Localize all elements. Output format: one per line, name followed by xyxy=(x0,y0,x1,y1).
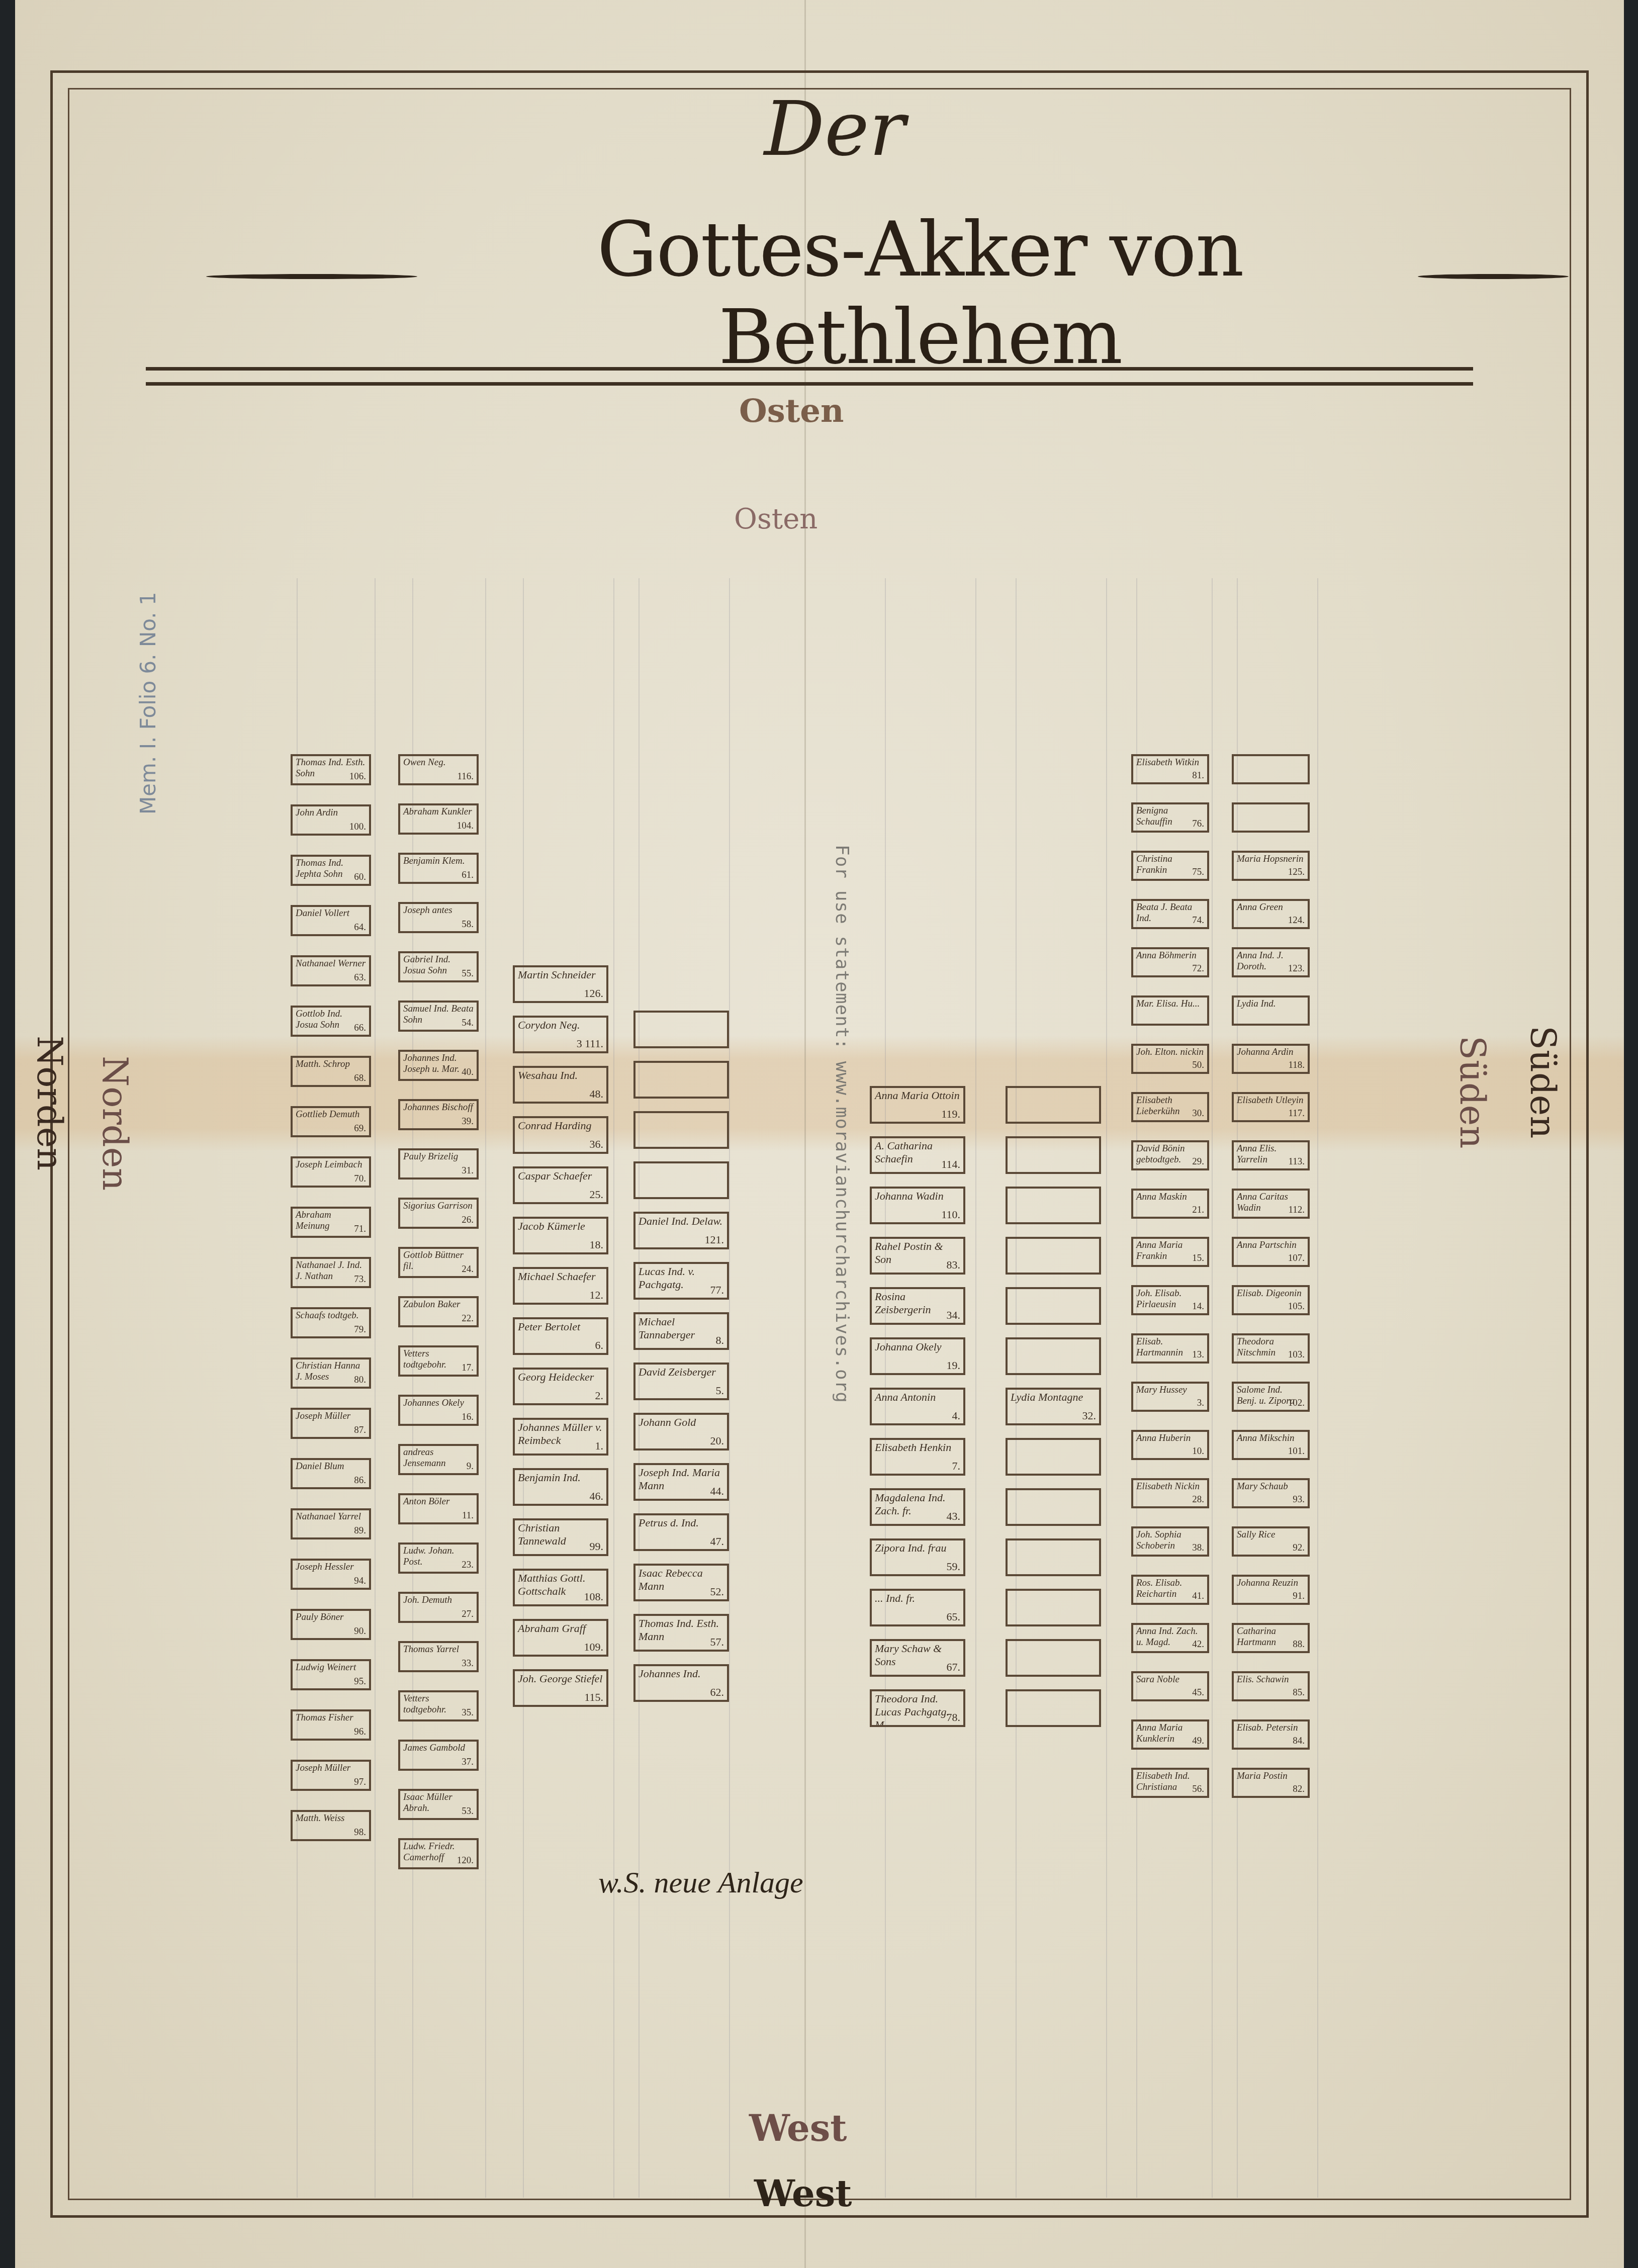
grave-number: 3. xyxy=(1197,1398,1204,1409)
grave-name: Anna Maria Ottoin xyxy=(875,1089,960,1102)
grave-number: 96. xyxy=(354,1727,366,1738)
grave-number: 100. xyxy=(349,822,366,833)
grave-name: Anna Huberin xyxy=(1136,1433,1204,1444)
grave-plot: Thomas Ind. Jephta Sohn60. xyxy=(291,855,371,886)
grave-number: 66. xyxy=(354,1023,366,1034)
grave-plot: Sally Rice92. xyxy=(1232,1526,1310,1557)
direction-east-label-2: Osten xyxy=(734,503,817,535)
grave-number: 56. xyxy=(1192,1784,1204,1795)
grave-name: Joh. Elton. nickin xyxy=(1136,1047,1204,1058)
grave-plot: Zabulon Baker22. xyxy=(398,1296,479,1327)
column-guide xyxy=(729,578,730,2198)
grave-plot: Isaac Müller Abrah.53. xyxy=(398,1789,479,1820)
grave-number: 13. xyxy=(1192,1349,1204,1360)
grave-plot-empty xyxy=(633,1111,729,1149)
grave-number: 53. xyxy=(462,1806,474,1817)
grave-plot: James Gambold37. xyxy=(398,1740,479,1771)
grave-number: 123. xyxy=(1288,963,1305,974)
grave-plot: Johannes Müller v. Reimbeck1. xyxy=(513,1418,608,1456)
grave-number: 126. xyxy=(584,987,604,1000)
grave-number: 21. xyxy=(1192,1205,1204,1216)
grave-plot: Anna Maria Frankin15. xyxy=(1131,1237,1209,1267)
grave-name: Maria Postin xyxy=(1237,1771,1305,1782)
grave-plot: Benjamin Ind.46. xyxy=(513,1468,608,1506)
grave-name: Elisabeth Henkin xyxy=(875,1441,960,1454)
grave-number: 120. xyxy=(457,1855,474,1866)
grave-number: 57. xyxy=(710,1636,724,1649)
grave-plot: Christina Frankin75. xyxy=(1131,851,1209,881)
grave-plot: Johanna Wadin110. xyxy=(870,1187,965,1224)
grave-name: ... Ind. fr. xyxy=(875,1592,960,1605)
grave-name: Wesahau Ind. xyxy=(518,1069,603,1082)
column-guide xyxy=(1212,578,1213,2198)
grave-plot: Michael Schaefer12. xyxy=(513,1267,608,1305)
grave-plot: Daniel Blum86. xyxy=(291,1458,371,1489)
direction-west-label: West xyxy=(749,2107,847,2149)
grave-plot: Lucas Ind. v. Pachgatg.77. xyxy=(633,1262,729,1300)
grave-plot: Joh. Elton. nickin50. xyxy=(1131,1044,1209,1074)
grave-number: 101. xyxy=(1288,1446,1305,1457)
grave-number: 68. xyxy=(354,1073,366,1084)
grave-plot: Magdalena Ind. Zach. fr.43. xyxy=(870,1488,965,1526)
grave-number: 7. xyxy=(952,1460,961,1473)
grave-plot-empty xyxy=(633,1161,729,1199)
grave-number: 116. xyxy=(457,771,474,782)
grave-plot: Nathanael Yarrel89. xyxy=(291,1508,371,1539)
grave-number: 18. xyxy=(590,1238,604,1251)
grave-plot: Christian Hanna J. Moses80. xyxy=(291,1357,371,1389)
grave-number: 40. xyxy=(462,1067,474,1078)
grave-number: 109. xyxy=(584,1641,604,1654)
grave-plot: Joh. Elisab. Pirlaeusin14. xyxy=(1131,1285,1209,1315)
grave-plot: Anna Ind. Zach. u. Magd.42. xyxy=(1131,1623,1209,1653)
grave-plot: Anton Böler11. xyxy=(398,1493,479,1524)
grave-plot: Nathanael J. Ind. J. Nathan73. xyxy=(291,1257,371,1288)
grave-plot-empty xyxy=(1006,1438,1101,1476)
grave-plot: Theodora Nitschmin103. xyxy=(1232,1333,1310,1364)
grave-number: 93. xyxy=(1293,1494,1305,1505)
grave-name: Michael Schaefer xyxy=(518,1270,603,1283)
grave-plot: Maria Hopsnerin125. xyxy=(1232,851,1310,881)
grave-number: 12. xyxy=(590,1289,604,1302)
grave-number: 52. xyxy=(710,1585,724,1598)
grave-name: Johannes Bischoff xyxy=(403,1102,474,1113)
grave-plot: Joseph Hessler94. xyxy=(291,1559,371,1590)
grave-number: 108. xyxy=(584,1590,604,1603)
grave-plot: Ludw. Friedr. Camerhoff120. xyxy=(398,1838,479,1869)
grave-name: Matth. Weiss xyxy=(296,1813,366,1824)
grave-plot: Matth. Weiss98. xyxy=(291,1810,371,1841)
grave-name: Joseph Leimbach xyxy=(296,1159,366,1170)
grave-plot: ... Ind. fr.65. xyxy=(870,1589,965,1626)
grave-plot: Elisabeth Lieberkühn30. xyxy=(1131,1092,1209,1122)
grave-name: John Ardin xyxy=(296,807,366,819)
grave-number: 119. xyxy=(941,1108,960,1121)
grave-name: Daniel Ind. Delaw. xyxy=(639,1215,724,1228)
grave-name: Daniel Vollert xyxy=(296,908,366,919)
grave-plot: Abraham Meinung71. xyxy=(291,1207,371,1238)
grave-name: Zabulon Baker xyxy=(403,1299,474,1310)
grave-plot: Gottlieb Demuth69. xyxy=(291,1106,371,1137)
manuscript-sheet: Der Gottes-Akker von Bethlehem Osten Ost… xyxy=(15,0,1624,2268)
grave-number: 9. xyxy=(467,1461,474,1472)
grave-plot: Joh. George Stiefel115. xyxy=(513,1669,608,1707)
grave-number: 15. xyxy=(1192,1253,1204,1264)
grave-plot: Johannes Okely16. xyxy=(398,1395,479,1426)
grave-plot: Elisab. Digeonin105. xyxy=(1232,1285,1310,1315)
grave-name: Georg Heidecker xyxy=(518,1371,603,1384)
grave-name: Joh. George Stiefel xyxy=(518,1672,603,1685)
grave-plot: Owen Neg.116. xyxy=(398,754,479,785)
grave-plot: Joseph Ind. Maria Mann44. xyxy=(633,1463,729,1501)
grave-plot: Schaafs todtgeb.79. xyxy=(291,1307,371,1338)
grave-plot-empty xyxy=(633,1011,729,1048)
grave-number: 75. xyxy=(1192,867,1204,878)
grave-plot: Benjamin Klem.61. xyxy=(398,853,479,884)
grave-name: Martin Schneider xyxy=(518,968,603,981)
grave-plot: John Ardin100. xyxy=(291,804,371,836)
grave-name: Elisabeth Nickin xyxy=(1136,1481,1204,1492)
grave-number: 22. xyxy=(462,1313,474,1324)
grave-name: Thomas Yarrel xyxy=(403,1644,474,1655)
grave-plot-empty xyxy=(1006,1136,1101,1174)
grave-number: 64. xyxy=(354,922,366,933)
grave-plot: Isaac Rebecca Mann52. xyxy=(633,1564,729,1601)
grave-number: 103. xyxy=(1288,1349,1305,1360)
grave-plot: Thomas Yarrel33. xyxy=(398,1641,479,1672)
grave-number: 42. xyxy=(1192,1639,1204,1650)
grave-number: 8. xyxy=(716,1334,724,1347)
grave-plot: Thomas Ind. Esth. Mann57. xyxy=(633,1614,729,1652)
grave-number: 23. xyxy=(462,1560,474,1571)
grave-plot: Elisab. Hartmannin13. xyxy=(1131,1333,1209,1364)
grave-number: 80. xyxy=(354,1375,366,1386)
grave-plot: Michael Tannaberger8. xyxy=(633,1312,729,1350)
grave-number: 72. xyxy=(1192,963,1204,974)
grave-plot: Martin Schneider126. xyxy=(513,965,608,1003)
grave-plot: Thomas Ind. Esth. Sohn106. xyxy=(291,754,371,785)
grave-number: 94. xyxy=(354,1576,366,1587)
grave-plot: Ludwig Weinert95. xyxy=(291,1659,371,1690)
grave-plot: Daniel Ind. Delaw.121. xyxy=(633,1212,729,1249)
grave-name: Joseph antes xyxy=(403,905,474,916)
grave-number: 17. xyxy=(462,1363,474,1374)
grave-plot: Daniel Vollert64. xyxy=(291,905,371,936)
grave-name: Maria Hopsnerin xyxy=(1237,854,1305,865)
grave-number: 36. xyxy=(590,1138,604,1151)
grave-number: 11. xyxy=(462,1510,474,1521)
grave-name: Elisabeth Witkin xyxy=(1136,757,1204,768)
grave-plot: Elis. Schawin85. xyxy=(1232,1671,1310,1701)
grave-number: 124. xyxy=(1288,915,1305,926)
grave-plot: Beata J. Beata Ind.74. xyxy=(1131,899,1209,929)
grave-number: 125. xyxy=(1288,867,1305,878)
grave-name: Lydia Montagne xyxy=(1011,1391,1096,1404)
grave-plot: Abraham Kunkler104. xyxy=(398,803,479,835)
grave-number: 38. xyxy=(1192,1543,1204,1554)
grave-plot: David Bönin gebtodtgeb.29. xyxy=(1131,1140,1209,1170)
grave-name: Zipora Ind. frau xyxy=(875,1541,960,1555)
grave-plot: Anna Mikschin101. xyxy=(1232,1430,1310,1460)
grave-number: 67. xyxy=(947,1661,961,1674)
grave-number: 33. xyxy=(462,1658,474,1669)
grave-number: 92. xyxy=(1293,1543,1305,1554)
grave-plot: Gottlob Ind. Josua Sohn66. xyxy=(291,1006,371,1037)
grave-name: Sigorius Garrison xyxy=(403,1201,474,1212)
right-flourish xyxy=(1418,274,1569,279)
grave-name: Daniel Blum xyxy=(296,1461,366,1472)
grave-number: 69. xyxy=(354,1123,366,1134)
grave-number: 99. xyxy=(590,1540,604,1553)
grave-plot: Elisab. Petersin84. xyxy=(1232,1719,1310,1750)
grave-plot: Peter Bertolet6. xyxy=(513,1317,608,1355)
grave-name: Lydia Ind. xyxy=(1237,999,1305,1010)
grave-name: Johanna Okely xyxy=(875,1340,960,1353)
grave-plot: Pauly Brizelig31. xyxy=(398,1148,479,1180)
grave-plot: Maria Postin82. xyxy=(1232,1768,1310,1798)
grave-name: Gottlieb Demuth xyxy=(296,1109,366,1120)
grave-name: andreas Jensemann xyxy=(403,1447,474,1469)
direction-north-label-2: Norden xyxy=(95,1056,136,1191)
grave-number: 110. xyxy=(941,1208,960,1221)
grave-number: 47. xyxy=(710,1535,724,1548)
grave-number: 37. xyxy=(462,1757,474,1768)
grave-number: 106. xyxy=(349,771,366,782)
grave-plot: Anna Böhmerin72. xyxy=(1131,947,1209,977)
grave-plot-empty xyxy=(1006,1689,1101,1727)
grave-number: 30. xyxy=(1192,1108,1204,1119)
grave-name: Thomas Fisher xyxy=(296,1712,366,1723)
grave-plot: Jacob Kümerle18. xyxy=(513,1217,608,1254)
grave-plot: Catharina Hartmann88. xyxy=(1232,1623,1310,1653)
grave-name: Benjamin Klem. xyxy=(403,856,474,867)
grave-plot: Mary Schaub93. xyxy=(1232,1478,1310,1508)
grave-plot: Vetters todtgebohr.17. xyxy=(398,1345,479,1377)
grave-number: 82. xyxy=(1293,1784,1305,1795)
grave-plot-empty xyxy=(1006,1538,1101,1576)
grave-number: 81. xyxy=(1192,770,1204,781)
grave-number: 49. xyxy=(1192,1736,1204,1747)
grave-number: 87. xyxy=(354,1425,366,1436)
grave-number: 26. xyxy=(462,1215,474,1226)
grave-number: 104. xyxy=(457,821,474,832)
grave-plot: Pauly Böner90. xyxy=(291,1609,371,1640)
column-guide xyxy=(613,578,614,2198)
grave-number: 41. xyxy=(1192,1591,1204,1602)
grave-number: 74. xyxy=(1192,915,1204,926)
grave-number: 45. xyxy=(1192,1687,1204,1698)
grave-plot-empty xyxy=(1232,754,1310,784)
grave-plot: Sigorius Garrison26. xyxy=(398,1198,479,1229)
grave-number: 118. xyxy=(1288,1060,1305,1071)
grave-plot: Anna Huberin10. xyxy=(1131,1430,1209,1460)
bottom-annotation: w.S. neue Anlage xyxy=(598,1865,803,1900)
grave-name: Joseph Müller xyxy=(296,1763,366,1774)
grave-plot: Georg Heidecker2. xyxy=(513,1368,608,1405)
grave-number: 117. xyxy=(1288,1108,1305,1119)
grave-name: Sally Rice xyxy=(1237,1529,1305,1540)
grave-plot: Ros. Elisab. Reichartin41. xyxy=(1131,1575,1209,1605)
grave-number: 3 111. xyxy=(577,1037,603,1050)
title-rule-top xyxy=(146,367,1473,371)
grave-number: 55. xyxy=(462,968,474,979)
grave-number: 90. xyxy=(354,1626,366,1637)
grave-plot: Theodora Ind. Lucas Pachgatg. M.78. xyxy=(870,1689,965,1727)
grave-name: Petrus d. Ind. xyxy=(639,1516,724,1529)
grave-plot: Anna Caritas Wadin112. xyxy=(1232,1189,1310,1219)
archive-watermark: For use statement: www.moravianchurcharc… xyxy=(832,845,852,1403)
grave-name: Jacob Kümerle xyxy=(518,1220,603,1233)
grave-name: Johannes Okely xyxy=(403,1398,474,1409)
grave-number: 16. xyxy=(462,1412,474,1423)
grave-number: 62. xyxy=(710,1686,724,1699)
grave-plot: Anna Maria Kunklerin49. xyxy=(1131,1719,1209,1750)
grave-plot: Joh. Sophia Schoberin38. xyxy=(1131,1526,1209,1557)
grave-plot: Salome Ind. Benj. u. Zipora102. xyxy=(1232,1382,1310,1412)
grave-plot: Joseph Müller87. xyxy=(291,1408,371,1439)
grave-plot: Zipora Ind. frau59. xyxy=(870,1538,965,1576)
grave-number: 5. xyxy=(716,1384,724,1397)
grave-name: Elisab. Petersin xyxy=(1237,1722,1305,1734)
grave-number: 86. xyxy=(354,1475,366,1486)
grave-plot: Abraham Graff109. xyxy=(513,1619,608,1657)
grave-plot-empty xyxy=(1006,1337,1101,1375)
grave-plot: Elisabeth Henkin7. xyxy=(870,1438,965,1476)
grave-plot: Johanna Okely19. xyxy=(870,1337,965,1375)
grave-number: 59. xyxy=(947,1560,961,1573)
grave-number: 14. xyxy=(1192,1301,1204,1312)
grave-name: Mar. Elisa. Hu... xyxy=(1136,999,1204,1010)
grave-name: Johannes Müller v. Reimbeck xyxy=(518,1421,603,1447)
grave-number: 114. xyxy=(941,1158,960,1171)
grave-plot: Johanna Ardin118. xyxy=(1232,1044,1310,1074)
grave-plot: Anna Elis. Yarrelin113. xyxy=(1232,1140,1310,1170)
grave-name: Johannes Ind. xyxy=(639,1667,724,1680)
grave-number: 88. xyxy=(1293,1639,1305,1650)
grave-plot: Johann Gold20. xyxy=(633,1413,729,1450)
left-flourish xyxy=(206,274,417,279)
grave-name: Owen Neg. xyxy=(403,757,474,768)
page-title: Gottes-Akker von Bethlehem xyxy=(442,206,1398,381)
grave-name: Nathanael Yarrel xyxy=(296,1511,366,1522)
grave-number: 34. xyxy=(947,1309,961,1322)
grave-number: 76. xyxy=(1192,819,1204,830)
grave-name: Joseph Hessler xyxy=(296,1562,366,1573)
grave-number: 84. xyxy=(1293,1736,1305,1747)
grave-name: Joh. Demuth xyxy=(403,1595,474,1606)
grave-plot: Johannes Bischoff39. xyxy=(398,1099,479,1130)
grave-plot-empty xyxy=(1006,1237,1101,1275)
column-guide xyxy=(485,578,486,2198)
grave-number: 77. xyxy=(710,1284,724,1297)
grave-plot: andreas Jensemann9. xyxy=(398,1444,479,1475)
grave-name: Johanna Reuzin xyxy=(1237,1578,1305,1589)
grave-number: 63. xyxy=(354,972,366,983)
grave-number: 35. xyxy=(462,1707,474,1718)
grave-number: 2. xyxy=(595,1389,604,1402)
grave-name: Mary Schaub xyxy=(1237,1481,1305,1492)
grave-name: James Gambold xyxy=(403,1743,474,1754)
grave-name: Peter Bertolet xyxy=(518,1320,603,1333)
grave-name: Johanna Ardin xyxy=(1237,1047,1305,1058)
grave-number: 98. xyxy=(354,1827,366,1838)
grave-number: 6. xyxy=(595,1339,604,1352)
grave-number: 83. xyxy=(947,1258,961,1272)
grave-plot: Conrad Harding36. xyxy=(513,1116,608,1154)
grave-plot: Anna Green124. xyxy=(1232,899,1310,929)
grave-number: 65. xyxy=(947,1610,961,1623)
grave-plot: Rosina Zeisbergerin34. xyxy=(870,1287,965,1325)
grave-number: 27. xyxy=(462,1609,474,1620)
grave-number: 105. xyxy=(1288,1301,1305,1312)
grave-plot: Anna Partschin107. xyxy=(1232,1237,1310,1267)
grave-name: Nathanael Werner xyxy=(296,958,366,969)
grave-number: 112. xyxy=(1288,1205,1305,1216)
grave-number: 43. xyxy=(947,1510,961,1523)
grave-number: 95. xyxy=(354,1676,366,1687)
grave-name: Johann Gold xyxy=(639,1416,724,1429)
grave-plot: Thomas Fisher96. xyxy=(291,1709,371,1741)
grave-name: Michael Tannaberger xyxy=(639,1315,724,1341)
grave-plot: Matth. Schrop68. xyxy=(291,1056,371,1087)
grave-name: Anna Maskin xyxy=(1136,1192,1204,1203)
grave-name: Abraham Graff xyxy=(518,1622,603,1635)
grave-number: 78. xyxy=(947,1711,961,1724)
grave-plot: Johannes Ind. Joseph u. Mar.40. xyxy=(398,1050,479,1081)
grave-number: 91. xyxy=(1293,1591,1305,1602)
grave-name: Anton Böler xyxy=(403,1496,474,1507)
grave-number: 19. xyxy=(947,1359,961,1372)
grave-plot-empty xyxy=(1232,802,1310,833)
grave-plot: Joseph Müller97. xyxy=(291,1760,371,1791)
grave-name: Ludwig Weinert xyxy=(296,1662,366,1673)
direction-north-label: Norden xyxy=(29,1036,70,1170)
grave-number: 24. xyxy=(462,1264,474,1275)
grave-plot: Johannes Ind.62. xyxy=(633,1664,729,1702)
grave-plot: Matthias Gottl. Gottschalk108. xyxy=(513,1569,608,1606)
grave-name: Corydon Neg. xyxy=(518,1019,603,1032)
grave-plot: Petrus d. Ind.47. xyxy=(633,1513,729,1551)
grave-number: 102. xyxy=(1288,1398,1305,1409)
grave-number: 4. xyxy=(952,1409,961,1422)
grave-number: 61. xyxy=(462,870,474,881)
grave-plot: A. Catharina Schaefin114. xyxy=(870,1136,965,1174)
grave-name: Conrad Harding xyxy=(518,1119,603,1132)
grave-number: 28. xyxy=(1192,1494,1204,1505)
grave-number: 31. xyxy=(462,1165,474,1176)
grave-plot: Elisabeth Nickin28. xyxy=(1131,1478,1209,1508)
grave-plot: Elisabeth Utleyin117. xyxy=(1232,1092,1310,1122)
grave-name: Elisab. Digeonin xyxy=(1237,1288,1305,1299)
grave-plot: Gottlob Büttner fil.24. xyxy=(398,1247,479,1278)
grave-plot: Anna Ind. J. Doroth.123. xyxy=(1232,947,1310,977)
grave-plot: Mary Schaw & Sons67. xyxy=(870,1639,965,1677)
grave-plot-empty xyxy=(1006,1488,1101,1526)
grave-name: Caspar Schaefer xyxy=(518,1169,603,1183)
grave-plot-empty xyxy=(1006,1589,1101,1626)
grave-plot: Christian Tannewald99. xyxy=(513,1518,608,1556)
grave-name: Mary Hussey xyxy=(1136,1385,1204,1396)
grave-plot: Benigna Schauffin76. xyxy=(1131,802,1209,833)
grave-plot: Joseph Leimbach70. xyxy=(291,1156,371,1188)
grave-number: 115. xyxy=(584,1691,603,1704)
grave-name: Elisabeth Utleyin xyxy=(1237,1095,1305,1106)
grave-name: Pauly Brizelig xyxy=(403,1151,474,1162)
grave-name: Schaafs todtgeb. xyxy=(296,1310,366,1321)
grave-number: 39. xyxy=(462,1116,474,1127)
grave-plot: Anna Maria Ottoin119. xyxy=(870,1086,965,1124)
grave-plot: Corydon Neg.3 111. xyxy=(513,1016,608,1053)
